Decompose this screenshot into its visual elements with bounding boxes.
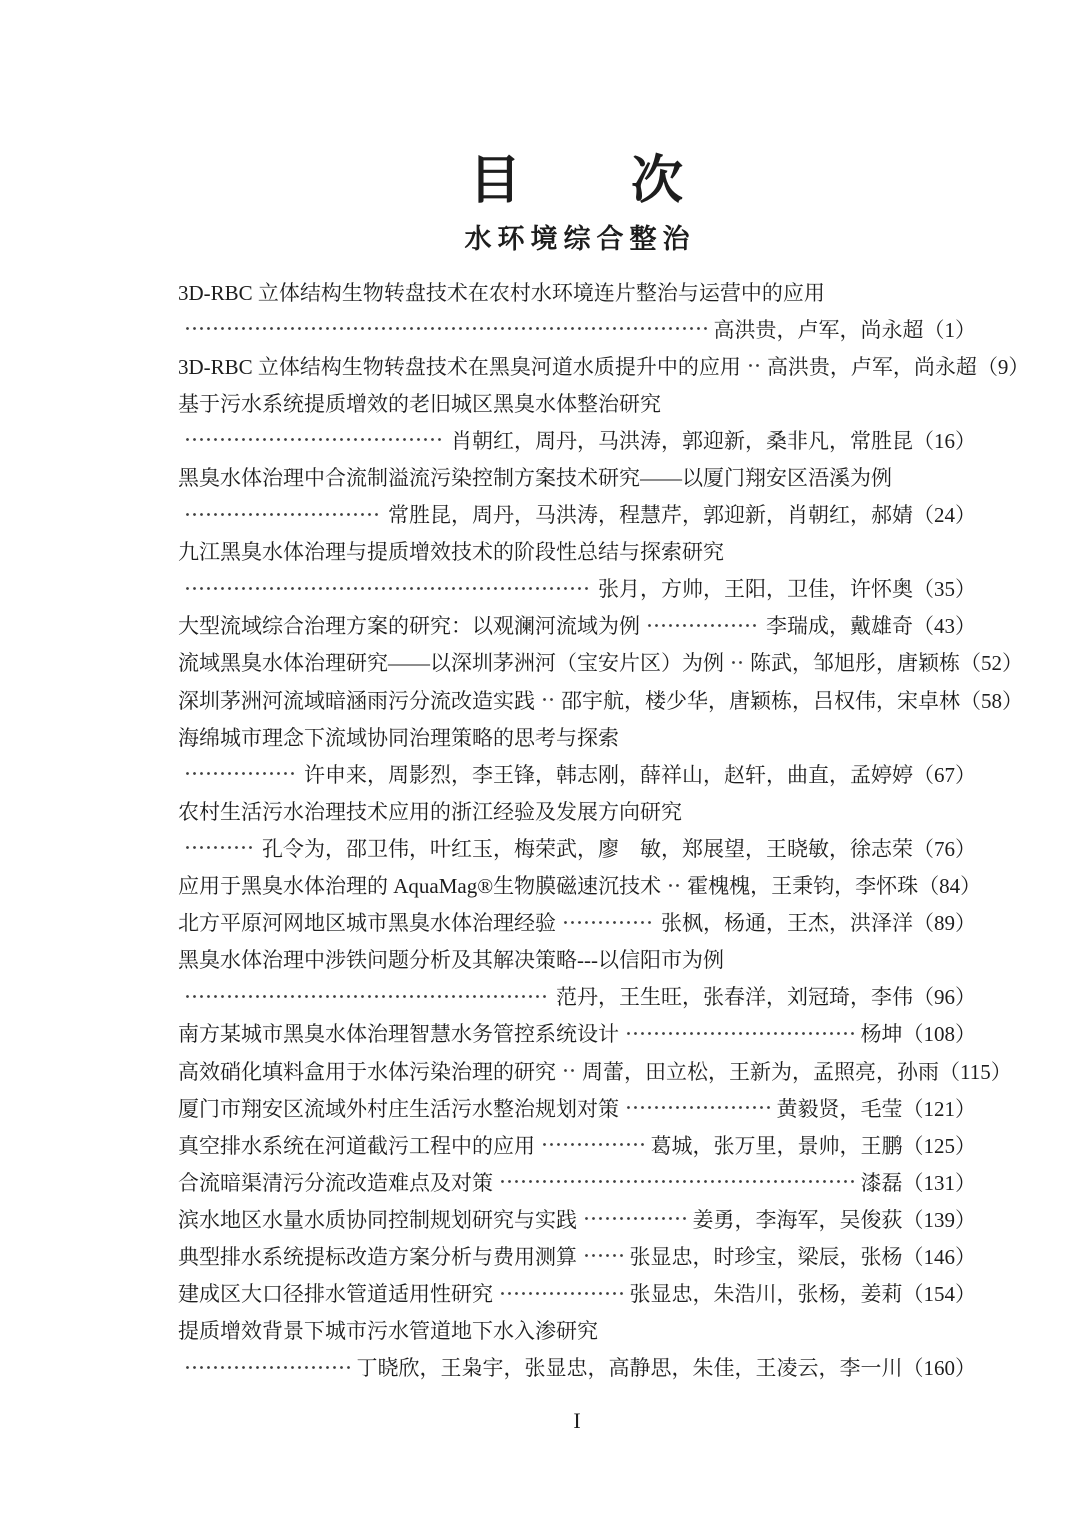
entry-authors: 霍槐槐，王秉钧，李怀珠 [687, 870, 918, 900]
entry-authors: 张月，方帅，王阳，卫佳，许怀奥 [598, 573, 913, 603]
entry-page-number: （43） [913, 610, 976, 640]
dot-leader [562, 1052, 576, 1089]
entry-authors: 周蕾，田立松，王新为，孟照亮，孙雨 [582, 1056, 939, 1086]
entry-authors: 肖朝红，周丹，马洪涛，郭迎新，桑非凡，常胜昆 [451, 425, 913, 455]
entry-page-number: （67） [913, 759, 976, 789]
entry-title: 农村生活污水治理技术应用的浙江经验及发展方向研究 [178, 796, 682, 826]
entry-authors: 姜勇，李海军，吴俊荻 [693, 1204, 903, 1234]
entry-title-row: 黑臭水体治理中合流制溢流污染控制方案技术研究——以厦门翔安区浯溪为例 [178, 458, 976, 495]
entry-page-number: （89） [913, 907, 976, 937]
dot-leader [499, 1163, 855, 1200]
toc-entry: 黑臭水体治理中合流制溢流污染控制方案技术研究——以厦门翔安区浯溪为例 常胜昆，周… [178, 458, 976, 532]
entry-page-number: （35） [913, 573, 976, 603]
toc-entry: 合流暗渠清污分流改造难点及对策 漆磊 （131） [178, 1163, 976, 1200]
toc-entry: 建成区大口径排水管道适用性研究 张显忠，朱浩川，张杨，姜莉 （154） [178, 1275, 976, 1312]
entry-authors: 高洪贵，卢军，尚永超 [714, 314, 924, 344]
entry-page-number: （58） [960, 685, 1023, 715]
entry-title-row: 农村生活污水治理技术应用的浙江经验及发展方向研究 [178, 792, 976, 829]
document-page: 目 次 水环境综合整治 3D-RBC 立体结构生物转盘技术在农村水环境连片整治与… [0, 0, 1080, 1528]
entry-page-number: （108） [903, 1018, 977, 1048]
dot-leader [562, 904, 655, 941]
entry-authors: 张枫，杨通，王杰，洪泽洋 [661, 907, 913, 937]
dot-leader [541, 681, 555, 718]
entry-continuation-row: 孔令为，邵卫伟，叶红玉，梅荣武，廖 敏，郑展望，王晓敏，徐志荣 （76） [178, 829, 976, 866]
entry-authors: 黄毅贤，毛莹 [777, 1093, 903, 1123]
entry-title-row: 3D-RBC 立体结构生物转盘技术在农村水环境连片整治与运营中的应用 [178, 273, 976, 310]
entry-title: 南方某城市黑臭水体治理智慧水务管控系统设计 [178, 1018, 619, 1048]
entry-page-number: （52） [960, 647, 1023, 677]
dot-leader [646, 607, 760, 644]
dot-leader [184, 829, 256, 866]
entry-title: 大型流域综合治理方案的研究：以观澜河流域为例 [178, 610, 640, 640]
entry-page-number: （139） [903, 1204, 977, 1234]
dot-leader [583, 1237, 624, 1274]
toc-entry: 高效硝化填料盒用于水体污染治理的研究 周蕾，田立松，王新为，孟照亮，孙雨 （11… [178, 1052, 976, 1089]
entry-authors: 高洪贵，卢军，尚永超 [767, 351, 977, 381]
entry-page-number: （1） [924, 314, 977, 344]
entry-authors: 漆磊 [861, 1167, 903, 1197]
toc-entry: 海绵城市理念下流域协同治理策略的思考与探索 许申来，周影烈，李王锋，韩志刚，薛祥… [178, 718, 976, 792]
entry-continuation-row: 许申来，周影烈，李王锋，韩志刚，薛祥山，赵轩，曲直，孟婷婷 （67） [178, 755, 976, 792]
entry-title-row: 提质增效背景下城市污水管道地下水入渗研究 [178, 1312, 976, 1349]
entry-title: 黑臭水体治理中合流制溢流污染控制方案技术研究——以厦门翔安区浯溪为例 [178, 462, 892, 492]
entry-title-row: 黑臭水体治理中涉铁问题分析及其解决策略---以信阳市为例 [178, 941, 976, 978]
entry-title: 流域黑臭水体治理研究——以深圳茅洲河（宝安片区）为例 [178, 647, 724, 677]
toc-entry: 提质增效背景下城市污水管道地下水入渗研究 丁晓欣，王枭宇，张显忠，高静思，朱佳，… [178, 1312, 976, 1386]
entry-title: 厦门市翔安区流域外村庄生活污水整治规划对策 [178, 1093, 619, 1123]
dot-leader [499, 1275, 624, 1312]
toc-entry: 南方某城市黑臭水体治理智慧水务管控系统设计 杨坤 （108） [178, 1015, 976, 1052]
entry-title: 真空排水系统在河道截污工程中的应用 [178, 1130, 535, 1160]
toc-entry: 九江黑臭水体治理与提质增效技术的阶段性总结与探索研究 张月，方帅，王阳，卫佳，许… [178, 533, 976, 607]
entry-authors: 张显忠，朱浩川，张杨，姜莉 [630, 1278, 903, 1308]
entry-authors: 许申来，周影烈，李王锋，韩志刚，薛祥山，赵轩，曲直，孟婷婷 [304, 759, 913, 789]
toc-entry: 北方平原河网地区城市黑臭水体治理经验 张枫，杨通，王杰，洪泽洋 （89） [178, 904, 976, 941]
entry-title: 滨水地区水量水质协同控制规划研究与实践 [178, 1204, 577, 1234]
dot-leader [184, 421, 445, 458]
dot-leader [184, 755, 298, 792]
toc-entry: 农村生活污水治理技术应用的浙江经验及发展方向研究 孔令为，邵卫伟，叶红玉，梅荣武… [178, 792, 976, 866]
entry-page-number: （121） [903, 1093, 977, 1123]
entry-page-number: （115） [939, 1056, 1012, 1086]
footer-page-number: I [178, 1408, 976, 1434]
dot-leader [625, 1089, 771, 1126]
entry-authors: 李瑞成，戴雄奇 [766, 610, 913, 640]
entry-page-number: （76） [913, 833, 976, 863]
dot-leader [730, 644, 744, 681]
entry-page-number: （9） [977, 351, 1030, 381]
entry-authors: 杨坤 [861, 1018, 903, 1048]
entry-continuation-row: 肖朝红，周丹，马洪涛，郭迎新，桑非凡，常胜昆 （16） [178, 421, 976, 458]
entry-continuation-row: 高洪贵，卢军，尚永超 （1） [178, 310, 976, 347]
entry-title: 应用于黑臭水体治理的 AquaMag®生物膜磁速沉技术 [178, 870, 661, 900]
dot-leader [184, 1349, 351, 1386]
entry-page-number: （154） [903, 1278, 977, 1308]
section-heading: 水环境综合整治 [178, 222, 976, 256]
entry-title: 3D-RBC 立体结构生物转盘技术在黑臭河道水质提升中的应用 [178, 351, 741, 381]
entry-page-number: （84） [918, 870, 981, 900]
entry-page-number: （131） [903, 1167, 977, 1197]
entry-authors: 孔令为，邵卫伟，叶红玉，梅荣武，廖 敏，郑展望，王晓敏，徐志荣 [262, 833, 913, 863]
entry-title: 提质增效背景下城市污水管道地下水入渗研究 [178, 1315, 598, 1345]
toc-entry: 厦门市翔安区流域外村庄生活污水整治规划对策 黄毅贤，毛莹 （121） [178, 1089, 976, 1126]
entry-title: 基于污水系统提质增效的老旧城区黑臭水体整治研究 [178, 388, 661, 418]
entry-authors: 张显忠，时珍宝，梁辰，张杨 [630, 1241, 903, 1271]
entry-title: 深圳茅洲河流域暗涵雨污分流改造实践 [178, 685, 535, 715]
entry-page-number: （24） [913, 499, 976, 529]
toc-entry: 典型排水系统提标改造方案分析与费用测算 张显忠，时珍宝，梁辰，张杨 （146） [178, 1237, 976, 1274]
entry-title: 北方平原河网地区城市黑臭水体治理经验 [178, 907, 556, 937]
dot-leader [625, 1015, 855, 1052]
toc-entry: 真空排水系统在河道截污工程中的应用 葛城，张万里，景帅，王鹏 （125） [178, 1126, 976, 1163]
dot-leader [184, 496, 382, 533]
entry-title: 高效硝化填料盒用于水体污染治理的研究 [178, 1056, 556, 1086]
entry-authors: 丁晓欣，王枭宇，张显忠，高静思，朱佳，王凌云，李一川 [357, 1352, 903, 1382]
dot-leader [184, 570, 592, 607]
toc-entry: 应用于黑臭水体治理的 AquaMag®生物膜磁速沉技术 霍槐槐，王秉钧，李怀珠 … [178, 867, 976, 904]
entry-title-row: 九江黑臭水体治理与提质增效技术的阶段性总结与探索研究 [178, 533, 976, 570]
entry-title-row: 海绵城市理念下流域协同治理策略的思考与探索 [178, 718, 976, 755]
entry-title: 合流暗渠清污分流改造难点及对策 [178, 1167, 493, 1197]
toc-entries: 3D-RBC 立体结构生物转盘技术在农村水环境连片整治与运营中的应用 高洪贵，卢… [178, 273, 976, 1386]
dot-leader [184, 310, 708, 347]
dot-leader [541, 1126, 645, 1163]
entry-title: 海绵城市理念下流域协同治理策略的思考与探索 [178, 722, 619, 752]
toc-entry: 3D-RBC 立体结构生物转盘技术在农村水环境连片整治与运营中的应用 高洪贵，卢… [178, 273, 976, 347]
toc-entry: 深圳茅洲河流域暗涵雨污分流改造实践 邵宇航，楼少华，唐颖栋，吕权伟，宋卓林 （5… [178, 681, 976, 718]
entry-title: 3D-RBC 立体结构生物转盘技术在农村水环境连片整治与运营中的应用 [178, 277, 825, 307]
dot-leader [184, 978, 550, 1015]
entry-title: 典型排水系统提标改造方案分析与费用测算 [178, 1241, 577, 1271]
toc-entry: 大型流域综合治理方案的研究：以观澜河流域为例 李瑞成，戴雄奇 （43） [178, 607, 976, 644]
entry-page-number: （125） [903, 1130, 977, 1160]
toc-entry: 滨水地区水量水质协同控制规划研究与实践 姜勇，李海军，吴俊荻 （139） [178, 1200, 976, 1237]
dot-leader [747, 347, 761, 384]
entry-title: 黑臭水体治理中涉铁问题分析及其解决策略---以信阳市为例 [178, 944, 724, 974]
entry-continuation-row: 常胜昆，周丹，马洪涛，程慧芹，郭迎新，肖朝红，郝婧 （24） [178, 496, 976, 533]
entry-continuation-row: 张月，方帅，王阳，卫佳，许怀奥 （35） [178, 570, 976, 607]
dot-leader [667, 867, 681, 904]
entry-authors: 邵宇航，楼少华，唐颖栋，吕权伟，宋卓林 [561, 685, 960, 715]
entry-continuation-row: 范丹，王生旺，张春洋，刘冠琦，李伟 （96） [178, 978, 976, 1015]
entry-authors: 范丹，王生旺，张春洋，刘冠琦，李伟 [556, 981, 913, 1011]
entry-authors: 葛城，张万里，景帅，王鹏 [651, 1130, 903, 1160]
entry-authors: 陈武，邹旭彤，唐颖栋 [750, 647, 960, 677]
entry-title: 九江黑臭水体治理与提质增效技术的阶段性总结与探索研究 [178, 536, 724, 566]
entry-authors: 常胜昆，周丹，马洪涛，程慧芹，郭迎新，肖朝红，郝婧 [388, 499, 913, 529]
toc-entry: 流域黑臭水体治理研究——以深圳茅洲河（宝安片区）为例 陈武，邹旭彤，唐颖栋 （5… [178, 644, 976, 681]
entry-page-number: （146） [903, 1241, 977, 1271]
page-title: 目 次 [178, 152, 976, 212]
dot-leader [583, 1200, 687, 1237]
entry-title-row: 基于污水系统提质增效的老旧城区黑臭水体整治研究 [178, 384, 976, 421]
entry-page-number: （160） [903, 1352, 977, 1382]
toc-entry: 3D-RBC 立体结构生物转盘技术在黑臭河道水质提升中的应用 高洪贵，卢军，尚永… [178, 347, 976, 384]
toc-entry: 黑臭水体治理中涉铁问题分析及其解决策略---以信阳市为例 范丹，王生旺，张春洋，… [178, 941, 976, 1015]
entry-title: 建成区大口径排水管道适用性研究 [178, 1278, 493, 1308]
entry-page-number: （96） [913, 981, 976, 1011]
entry-page-number: （16） [913, 425, 976, 455]
toc-entry: 基于污水系统提质增效的老旧城区黑臭水体整治研究 肖朝红，周丹，马洪涛，郭迎新，桑… [178, 384, 976, 458]
entry-continuation-row: 丁晓欣，王枭宇，张显忠，高静思，朱佳，王凌云，李一川 （160） [178, 1349, 976, 1386]
